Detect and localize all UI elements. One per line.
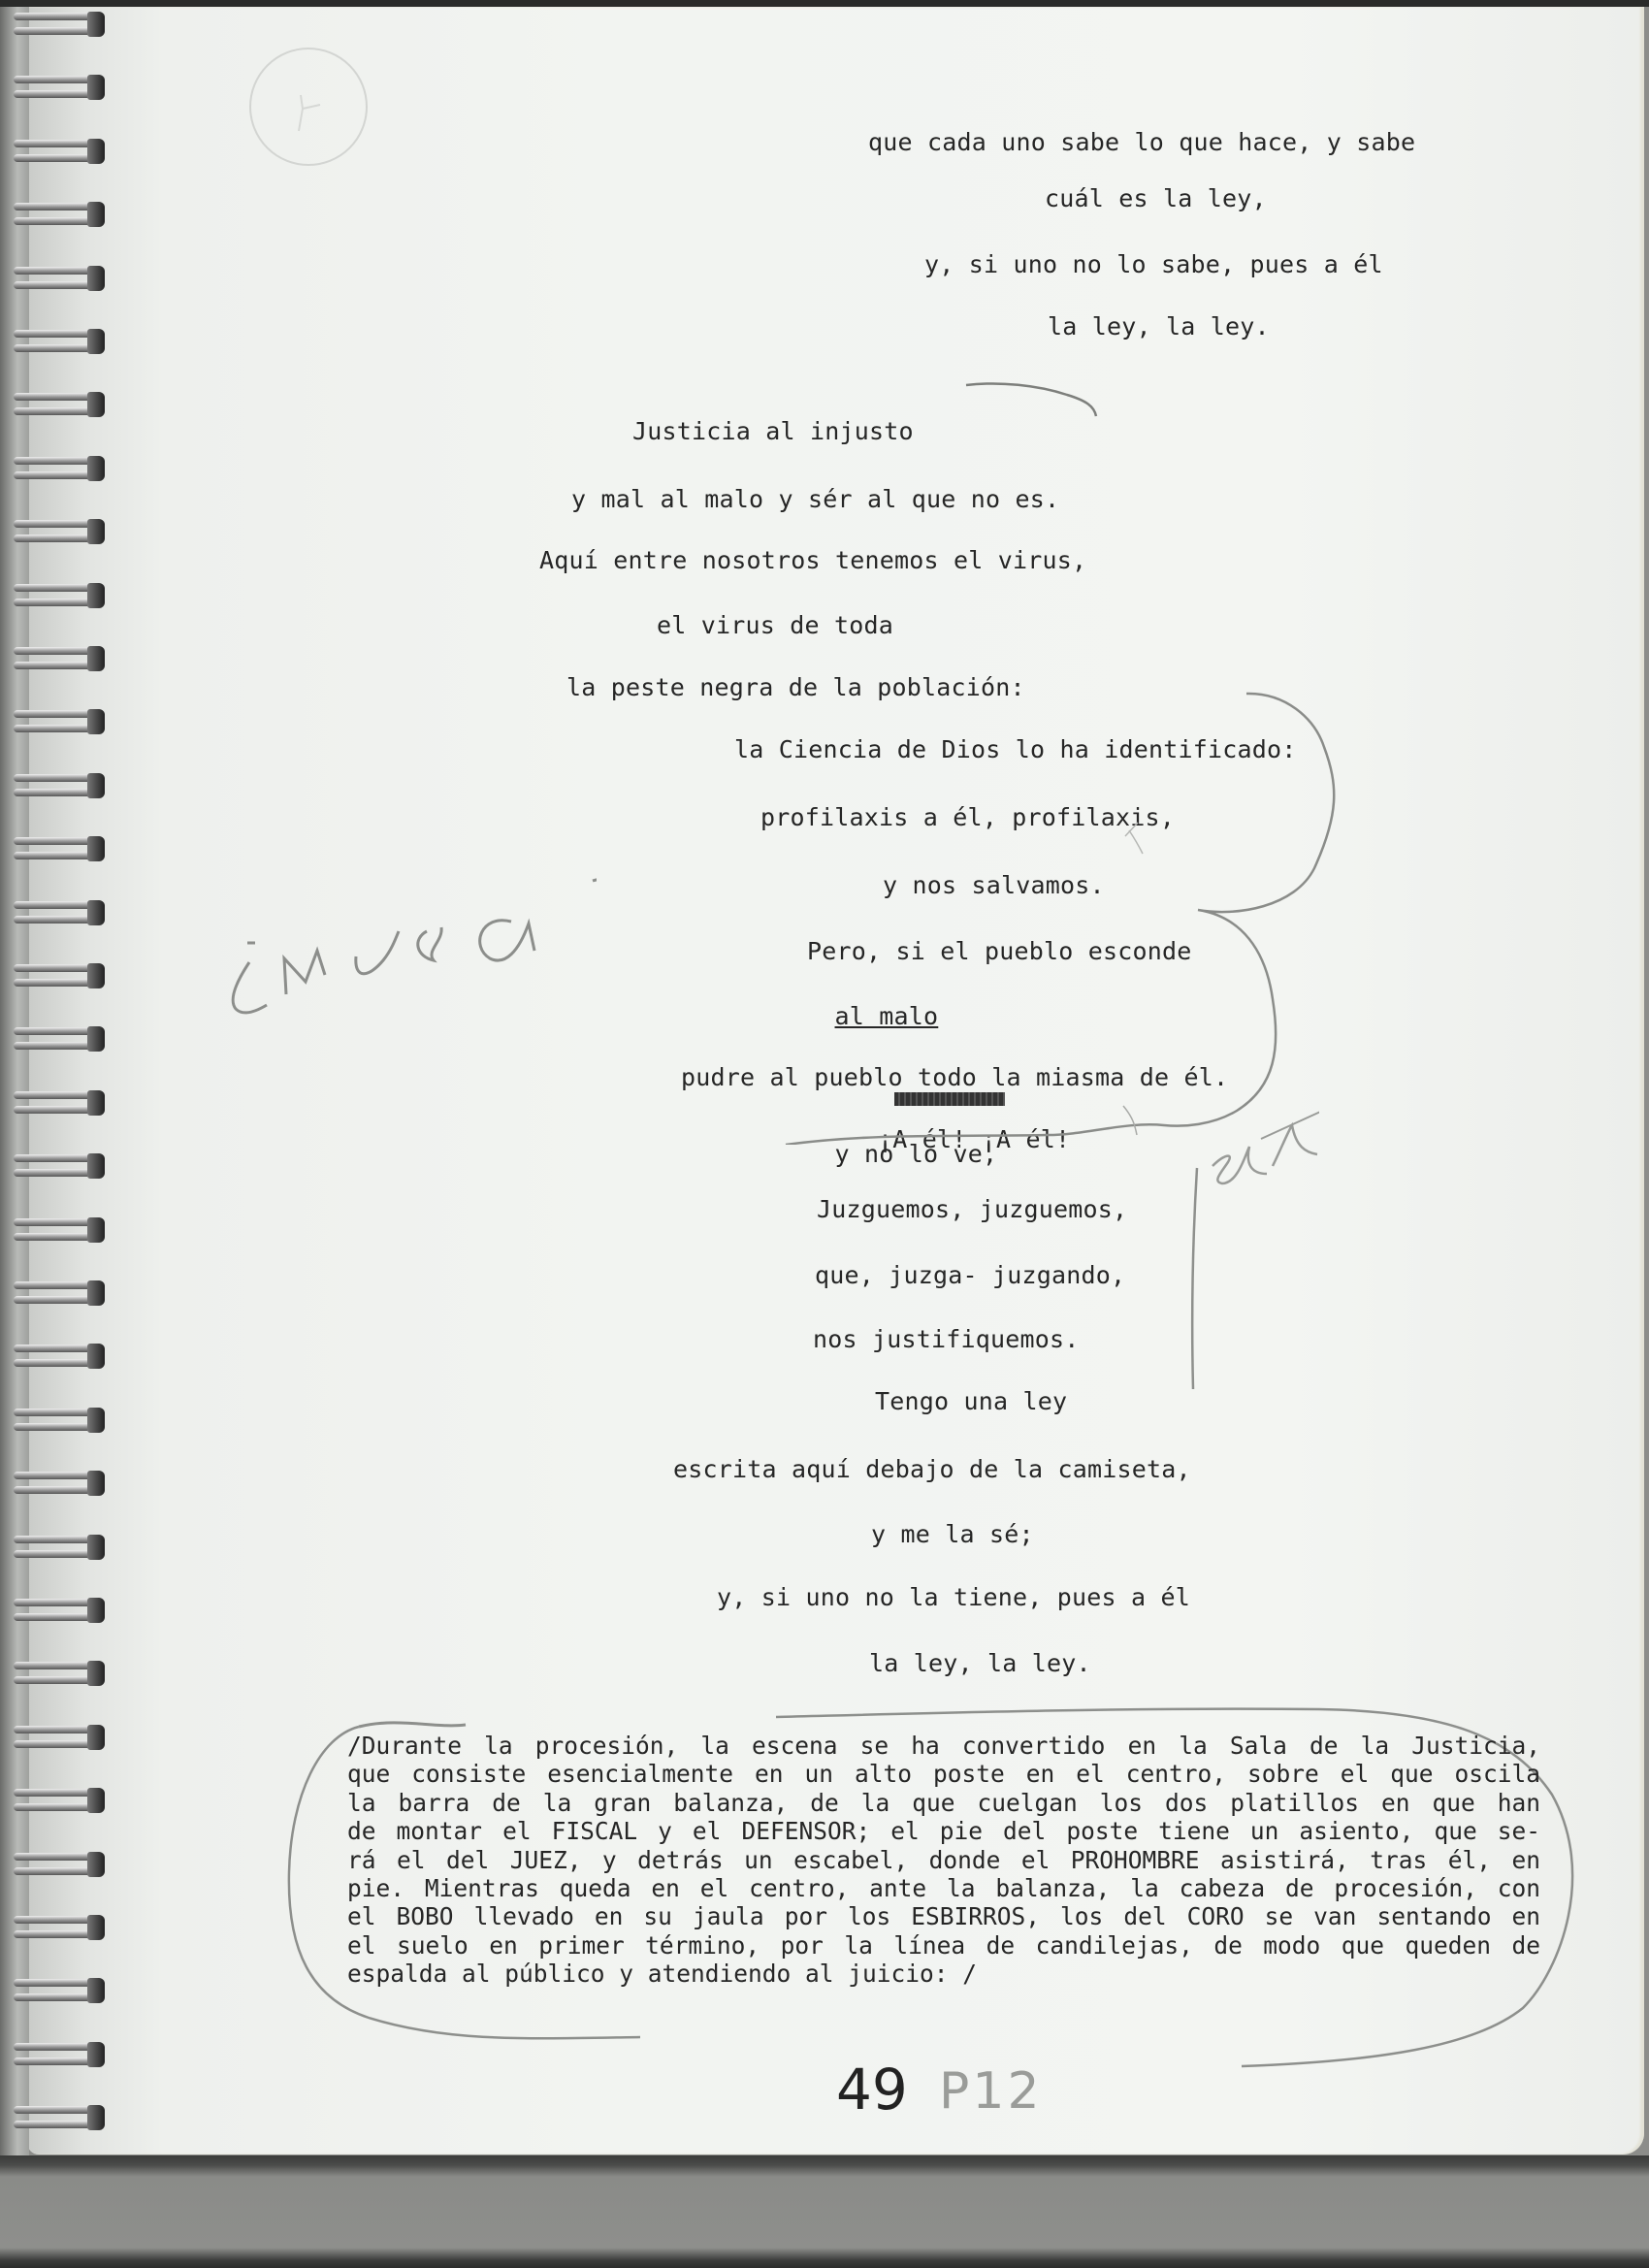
spiral-ring — [14, 646, 105, 671]
scan-top-edge — [0, 0, 1649, 7]
spiral-ring — [14, 1788, 105, 1813]
spiral-ring — [14, 836, 105, 861]
spiral-ring — [14, 1344, 105, 1369]
stage-direction-line: espalda al público y atendiendo al juici… — [347, 1960, 1540, 1988]
verse-line: la ley, la ley. — [869, 1649, 1091, 1677]
spiral-ring — [14, 1217, 105, 1243]
page-reference: P12 — [939, 2062, 1043, 2121]
stage-direction-line: el BOBO llevado en su jaula por los ESBI… — [347, 1902, 1540, 1930]
spiral-ring — [14, 266, 105, 291]
spiral-ring — [14, 519, 105, 544]
spiral-ring — [14, 1598, 105, 1623]
verse-line: cuál es la ley, — [1045, 184, 1267, 212]
spiral-ring — [14, 709, 105, 734]
spiral-ring — [14, 1915, 105, 1940]
stage-direction-line: el suelo en primer término, por la línea… — [347, 1931, 1540, 1960]
spiral-ring — [14, 1280, 105, 1306]
spiral-ring — [14, 1852, 105, 1877]
spiral-ring — [14, 1978, 105, 2003]
verse-line: que cada uno sabe lo que hace, y sabe — [868, 128, 1415, 156]
spiral-ring — [14, 583, 105, 608]
inserted-text: al malo — [835, 1002, 939, 1030]
verse-line: y mal al malo y sér al que no es. — [571, 485, 1059, 513]
verse-line: y, si uno no la tiene, pues a él — [717, 1583, 1190, 1611]
verse-line: Juzguemos, juzguemos, — [817, 1195, 1127, 1223]
stage-direction-line: rá el del JUEZ, y detrás un escabel, don… — [347, 1846, 1540, 1874]
stage-direction-line: de montar el FISCAL y el DEFENSOR; el pi… — [347, 1817, 1540, 1845]
spiral-ring — [14, 900, 105, 925]
stage-direction-line: /Durante la procesión, la escena se ha c… — [347, 1732, 1540, 1760]
verse-line: profilaxis a él, profilaxis, — [760, 803, 1175, 831]
verse-line: el virus de toda — [657, 611, 893, 639]
verse-line: la peste negra de la población: — [566, 673, 1025, 701]
spiral-ring — [14, 1026, 105, 1052]
spiral-ring — [14, 139, 105, 164]
stage-direction-line: pie. Mientras queda en el centro, ante l… — [347, 1874, 1540, 1902]
verse-line: Aquí entre nosotros tenemos el virus, — [539, 546, 1086, 574]
struck-out-text — [894, 1092, 1005, 1106]
spiral-ring — [14, 1661, 105, 1686]
spiral-ring — [14, 1090, 105, 1116]
verse-line: pudre al pueblo todo la miasma de él. — [681, 1063, 1228, 1091]
stage-direction-line: que consiste esencialmente en un alto po… — [347, 1760, 1540, 1788]
spiral-ring — [14, 1725, 105, 1750]
spiral-ring — [14, 456, 105, 481]
verse-line: la Ciencia de Dios lo ha identificado: — [734, 735, 1297, 763]
spiral-ring — [14, 202, 105, 227]
spiral-ring — [14, 773, 105, 798]
verse-line: Pero, si el pueblo esconde — [807, 937, 1192, 965]
verse-line: que, juzga- juzgando, — [815, 1261, 1125, 1289]
verse-line: ¡A él! ¡A él! — [878, 1125, 1070, 1153]
spiral-ring — [14, 1153, 105, 1179]
verse-line: escrita aquí debajo de la camiseta, — [673, 1455, 1191, 1483]
spiral-ring — [14, 75, 105, 100]
verse-line: nos justifiquemos. — [813, 1325, 1080, 1353]
spiral-ring — [14, 1408, 105, 1433]
spiral-ring — [14, 392, 105, 417]
stage-direction-line: la barra de la gran balanza, de la que c… — [347, 1789, 1540, 1817]
verse-line: la ley, la ley. — [1048, 312, 1270, 340]
stage-direction: /Durante la procesión, la escena se ha c… — [347, 1732, 1540, 1989]
scan-bottom-band — [0, 2155, 1649, 2268]
verse-line: y me la sé; — [871, 1520, 1034, 1548]
verse-line: Justicia al injusto — [632, 417, 914, 445]
spiral-ring — [14, 963, 105, 988]
spiral-ring — [14, 1471, 105, 1496]
spiral-ring — [14, 1535, 105, 1560]
verse-line: Tengo una ley — [875, 1387, 1067, 1415]
verse-line: y nos salvamos. — [883, 871, 1105, 899]
page-number: 49 — [836, 2057, 908, 2122]
spiral-ring — [14, 2042, 105, 2067]
spiral-ring — [14, 329, 105, 354]
spiral-ring — [14, 2105, 105, 2130]
verse-line: y, si uno no lo sabe, pues a él — [924, 250, 1383, 278]
